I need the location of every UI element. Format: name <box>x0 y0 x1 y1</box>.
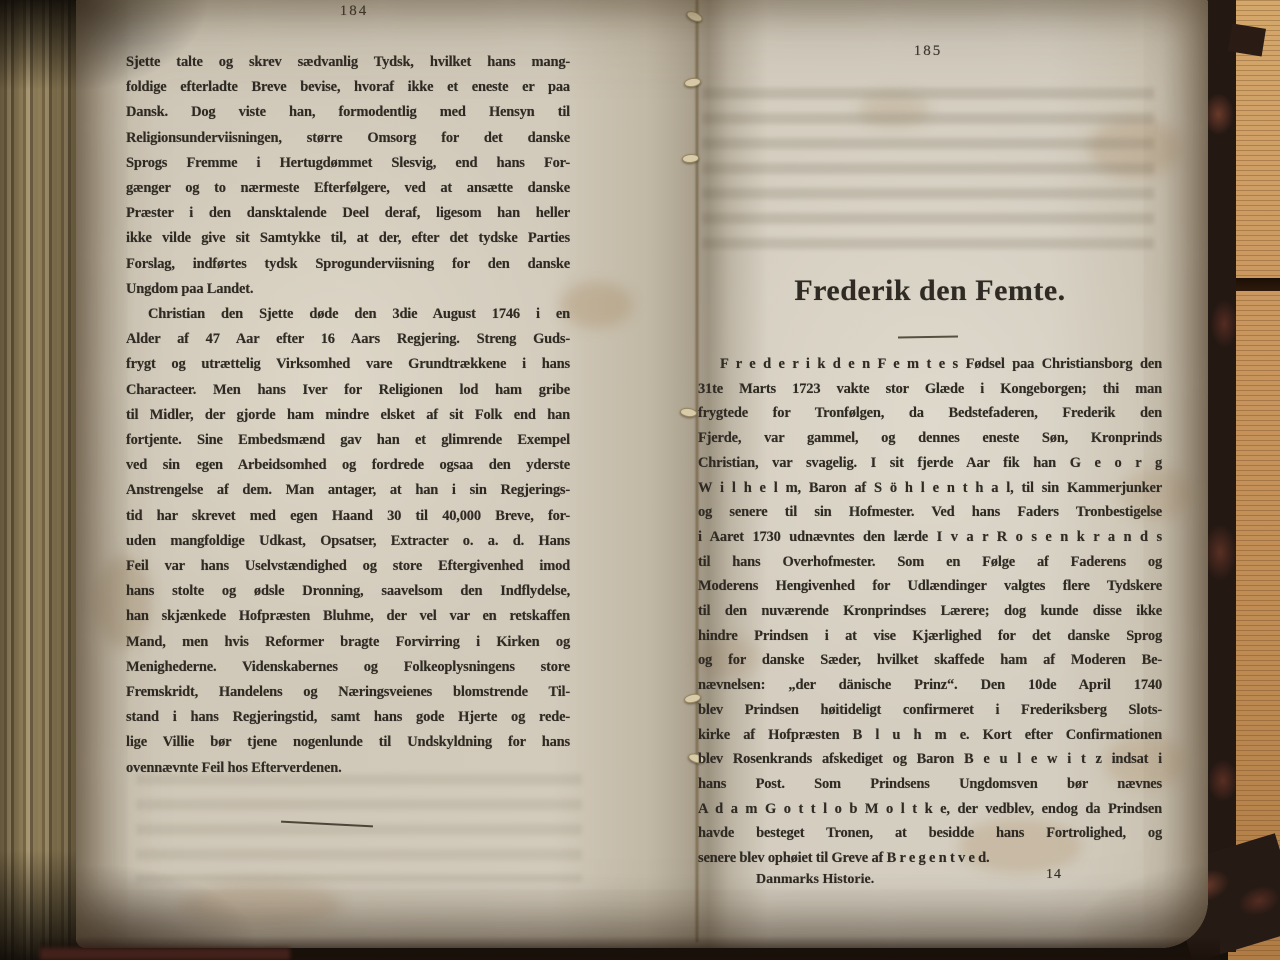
page-number-184: 184 <box>330 3 378 20</box>
right-page-text-block: F r e d e r i k d e n F e m t e s Fødsel… <box>698 352 1162 871</box>
text-line: Moderens Hengivenhed for Udlændinger val… <box>698 574 1162 599</box>
text-line: hans Post. Som Prindsens Ungdomsven bør … <box>698 772 1162 797</box>
text-line: Alder af 47 Aar efter 16 Aars Regjering.… <box>126 327 570 352</box>
text-line: Sprogs Fremme i Hertugdømmet Slesvig, en… <box>126 151 570 176</box>
text-line: til Midler, der gjorde ham mindre elsket… <box>126 403 570 428</box>
text-line: Fjerde, var gammel, og dennes eneste Søn… <box>698 426 1162 451</box>
text-line: A d a m G o t t l o b M o l t k e, der v… <box>698 797 1162 822</box>
page-footer: Danmarks Historie. 14 <box>698 872 1162 888</box>
text-line: W i l h e l m, Baron af S ö h l e n t h … <box>698 476 1162 501</box>
text-line: og senere til sin Hofmester. Ved hans Fa… <box>698 500 1162 525</box>
text-line: foldige efterladte Breve bevise, hvoraf … <box>126 75 570 100</box>
text-line: blev Rosenkrands afskediget og Baron B e… <box>698 747 1162 772</box>
show-through-text <box>136 774 582 882</box>
text-line: Sjette talte og skrev sædvanlig Tydsk, h… <box>126 50 570 75</box>
text-line: Dansk. Dog viste han, formodentlig med H… <box>126 100 570 125</box>
text-line: ikke vilde give sit Samtykke til, at der… <box>126 226 570 251</box>
text-line: hans stolte og ødsle Dronning, saavelsom… <box>126 579 570 604</box>
text-line: nævnelsen: „der dänische Prinz“. Den 10d… <box>698 673 1162 698</box>
text-line: 31te Marts 1723 vakte stor Glæde i Konge… <box>698 377 1162 402</box>
text-line: Christian, var svagelig. I sit fjerde Aa… <box>698 451 1162 476</box>
text-line: Ungdom paa Landet. <box>126 277 570 302</box>
foxing-stain <box>560 282 632 328</box>
text-line: gænger og to nærmeste Efterfølgere, ved … <box>126 176 570 201</box>
text-line: ved sin egen Arbeidsomhed og fordrede og… <box>126 453 570 478</box>
text-line: F r e d e r i k d e n F e m t e s Fødsel… <box>698 352 1162 377</box>
text-line: og for danske Sæder, hvilket skaffede ha… <box>698 648 1162 673</box>
foxing-stain <box>180 882 342 928</box>
text-line: stand i hans Regjeringstid, samt hans go… <box>126 705 570 730</box>
text-line: Religionsunderviisningen, større Omsorg … <box>126 126 570 151</box>
book-photograph: 184 Sjette talte og skrev sædvanlig Tyds… <box>0 0 1280 960</box>
text-line: frygt og utrættelig Virksomhed vare Grun… <box>126 352 570 377</box>
text-line: tid har skrevet med egen Haand 30 til 40… <box>126 504 570 529</box>
text-line: Christian den Sjette døde den 3die Augus… <box>126 302 570 327</box>
left-pages-fore-edge <box>0 0 80 960</box>
chapter-heading: Frederik den Femte. <box>700 274 1160 308</box>
text-line: Menighederne. Videnskabernes og Folkeopl… <box>126 655 570 680</box>
left-page-text-block: Sjette talte og skrev sædvanlig Tydsk, h… <box>126 50 570 781</box>
signature-mark: 14 <box>1046 867 1062 883</box>
text-line: blev Prindsen høitideligt confirmeret i … <box>698 698 1162 723</box>
text-line: Mand, men hvis Reformer bragte Forvirrin… <box>126 630 570 655</box>
text-line: senere blev ophøiet til Greve af B r e g… <box>698 846 1162 871</box>
text-line: frygtede for Tronfølgen, da Bedstefadere… <box>698 401 1162 426</box>
text-line: lige Villie bør tjene nogenlunde til Und… <box>126 730 570 755</box>
heading-rule <box>898 335 958 338</box>
running-title: Danmarks Historie. <box>756 872 874 887</box>
text-line: Characteer. Men hans Iver for Religionen… <box>126 378 570 403</box>
text-line: til den nuværende Kronprindses Lærere; d… <box>698 599 1162 624</box>
text-line: uden mangfoldige Udkast, Opsatser, Extra… <box>126 529 570 554</box>
text-line: Præster i den dansktalende Deel deraf, l… <box>126 201 570 226</box>
text-line: Fremskridt, Handelens og Næringsveienes … <box>126 680 570 705</box>
text-line: kirke af Hofpræsten B l u h m e. Kort ef… <box>698 723 1162 748</box>
text-line: til hans Overhofmester. Som en Følge af … <box>698 550 1162 575</box>
text-line: havde besteget Tronen, at besidde hans F… <box>698 821 1162 846</box>
text-line: Feil var hans Uselvstændighed og store E… <box>126 554 570 579</box>
page-number-185: 185 <box>904 43 952 60</box>
text-line: Anstrengelse af dem. Man antager, at han… <box>126 478 570 503</box>
open-book-pages: 184 Sjette talte og skrev sædvanlig Tyds… <box>76 0 1208 948</box>
text-line: i Aaret 1730 udnævntes den lærde I v a r… <box>698 525 1162 550</box>
text-line: han skjænkede Hofpræsten Bluhme, der vel… <box>126 604 570 629</box>
cover-edge-detail <box>1228 24 1266 57</box>
text-line: Forslag, indførtes tydsk Sprogunderviisn… <box>126 252 570 277</box>
text-line: ovennævnte Feil hos Efterverdenen. <box>126 756 570 781</box>
show-through-text <box>702 88 1154 260</box>
text-line: hindre Prindsen i at vise Kjærlighed for… <box>698 624 1162 649</box>
marbled-cover-edge <box>1206 0 1236 952</box>
text-line: fortjente. Sine Embedsmænd gav han et gl… <box>126 428 570 453</box>
bottom-cover-edge <box>40 948 290 960</box>
